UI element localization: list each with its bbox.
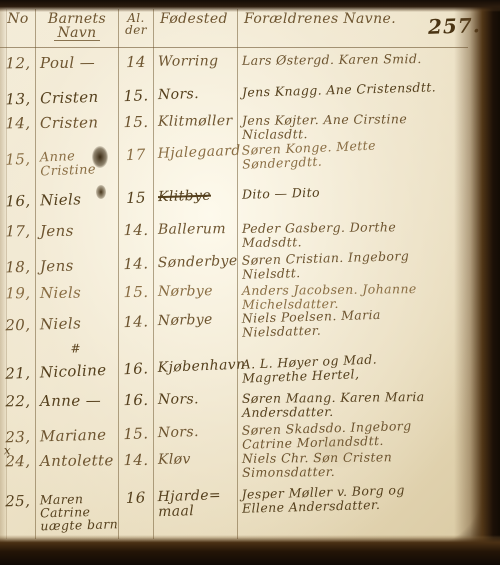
child-name: Cristen: [36, 115, 118, 145]
age: 14.: [118, 256, 155, 286]
birthplace: Sønderbye: [154, 254, 239, 285]
page-edge-top: [0, 0, 500, 12]
parents-names: Peder Gasberg. Dorthe Madsdtt.: [238, 220, 468, 251]
birthplace: Hjalegaard: [154, 144, 239, 176]
age: 16.: [118, 361, 155, 391]
birthplace-overwritten: Klitbye: [154, 188, 238, 206]
age: 15.: [118, 88, 154, 105]
birthplace: Nørbye: [154, 284, 238, 314]
parents-names: A. L. Høyer og Mad. Magrethe Hertel,: [237, 349, 468, 387]
page-edge-left: [0, 0, 7, 565]
child-name: Niels: [36, 285, 118, 315]
age: 16: [117, 490, 154, 530]
birthplace: Kjøbenhavn: [154, 358, 239, 390]
child-name: Jens: [36, 223, 118, 253]
annotation-mark: #: [70, 342, 81, 355]
table-row: 16, Niels 15 Klitbye Dito — Dito: [0, 181, 468, 210]
age: 14.: [118, 314, 155, 344]
age: 15: [118, 190, 154, 207]
birthplace: Nors.: [154, 424, 239, 455]
child-name: Anne Cristine: [36, 148, 119, 180]
table-header: No Barnets Navn Al. der Fødested Forældr…: [0, 12, 468, 41]
child-name: Nicoline: [36, 362, 119, 394]
table-row: 24, Antolette 14. Kløv x Niels Chr. Søn …: [0, 450, 468, 484]
parents-names: Lars Østergd. Karen Smid.: [238, 52, 468, 70]
parents-names: Dito — Dito: [238, 181, 468, 203]
header-rule: [0, 47, 468, 48]
parents-names: Søren Maang. Karen Maria Andersdatter.: [238, 390, 468, 421]
age: 14.: [118, 453, 154, 482]
parents-names: x Niels Chr. Søn Cristen Simonsdatter.: [238, 450, 468, 481]
parents-names: Niels Poelsen. Maria Nielsdatter.: [238, 305, 469, 340]
child-name: Niels #: [36, 315, 119, 346]
table-row: 25, Maren Catrine uægte barn 16 Hjarde= …: [0, 481, 468, 533]
child-name: Maren Catrine uægte barn: [36, 491, 119, 533]
column-header-age: Al. der: [118, 12, 154, 41]
age: 14.: [118, 223, 154, 252]
age: 17: [118, 147, 155, 177]
table-row: 13, Cristen 15. Nors. Jens Knagg. Ane Cr…: [0, 79, 468, 108]
age: 16.: [118, 393, 154, 422]
age: 14: [118, 55, 154, 71]
child-name: Poul —: [36, 55, 118, 72]
birthplace: Nors.: [154, 392, 238, 422]
page-edge-bottom: [0, 535, 500, 565]
column-header-birthplace: Fødested: [154, 12, 238, 41]
birthplace: Klitmøller: [154, 114, 238, 144]
age: 15.: [118, 285, 154, 314]
birthplace: Hjarde= maal: [153, 488, 238, 530]
parents-names: Søren Cristian. Ingeborg Nielsdtt.: [238, 247, 469, 282]
column-header-name: Barnets Navn: [36, 12, 118, 41]
parents-names: Søren Konge. Mette Søndergdtt.: [237, 135, 468, 173]
child-name: Cristen: [36, 89, 118, 107]
table-row: 12, Poul — 14 Worring Lars Østergd. Kare…: [0, 52, 468, 73]
register-page-scan: No Barnets Navn Al. der Fødested Forældr…: [0, 0, 500, 565]
birthplace: Kløv: [154, 452, 238, 482]
child-name: Niels: [36, 191, 118, 209]
child-name: Antolette: [36, 453, 118, 483]
birthplace: Nørbye: [154, 312, 239, 343]
page-edge-right: [454, 0, 500, 565]
parents-names: Jens Knagg. Ane Cristensdtt.: [238, 79, 468, 101]
child-name: Anne —: [36, 393, 118, 423]
birthplace: Ballerum: [154, 222, 238, 252]
birthplace: Nors.: [154, 86, 238, 104]
birthplace: Worring: [154, 54, 238, 71]
age: 15.: [118, 115, 154, 144]
parents-names: Søren Skadsdo. Ingeborg Catrine Morlands…: [238, 417, 469, 452]
